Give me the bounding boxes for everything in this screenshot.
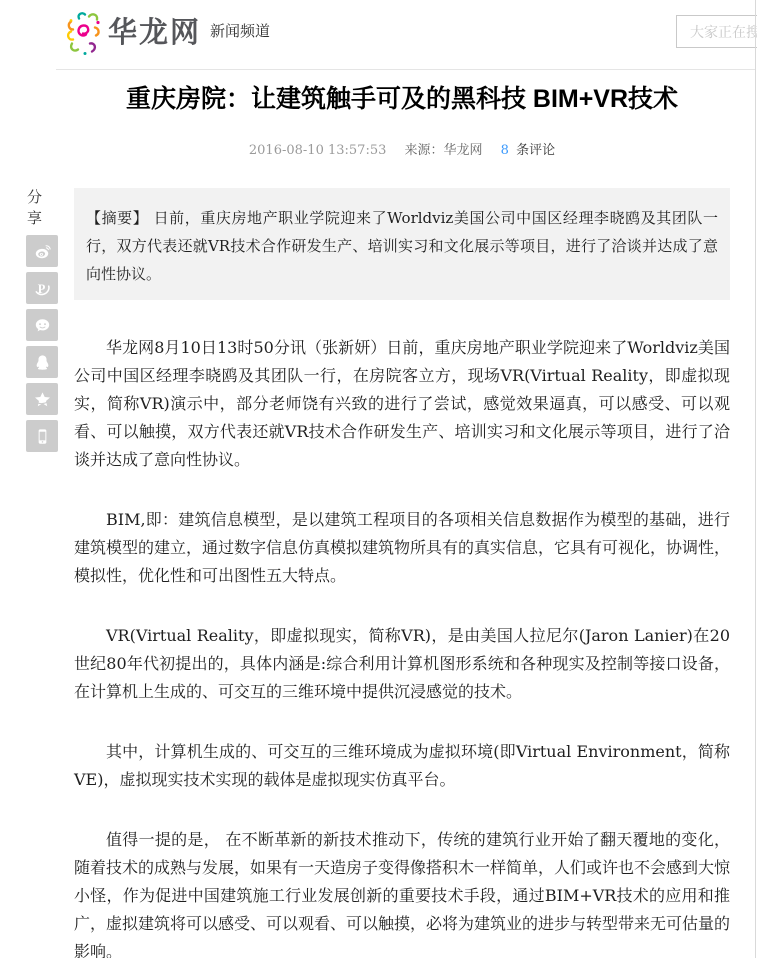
article-body: 华龙网8月10日13时50分讯（张新妍）日前，重庆房地产职业学院迎来了World… (74, 334, 730, 958)
site-logo[interactable]: 华龙网 (65, 9, 201, 58)
article-paragraph-4: 其中，计算机生成的、可交互的三维环境成为虚拟环境(即Virtual Enviro… (74, 738, 730, 794)
qzone-share-button[interactable] (26, 383, 58, 415)
share-sidebar: 分享 P (26, 186, 60, 457)
channel-label[interactable]: 新闻频道 (210, 20, 270, 41)
article-paragraph-5: 值得一提的是， 在不断革新的新技术推动下，传统的建筑行业开始了翻天覆地的变化，随… (74, 826, 730, 958)
wechat-share-button[interactable] (26, 309, 58, 341)
article-paragraph-1: 华龙网8月10日13时50分讯（张新妍）日前，重庆房地产职业学院迎来了World… (74, 334, 730, 474)
dragon-logo-icon (65, 9, 105, 58)
article-paragraph-3: VR(Virtual Reality，即虚拟现实，简称VR)，是由美国人拉尼尔(… (74, 622, 730, 706)
share-label: 分享 (27, 186, 60, 228)
page: 华龙网 新闻频道 分享 P (0, 0, 757, 958)
source-label: 来源：华龙网 (405, 143, 483, 158)
comment-count[interactable]: 8 (501, 143, 509, 158)
page-right-border (755, 0, 756, 958)
site-logo-text: 华龙网 (108, 9, 201, 58)
article-meta: 2016-08-10 13:57:53 来源：华龙网 8 条评论 (74, 139, 730, 158)
pengyou-icon: P (31, 277, 54, 300)
wechat-icon (31, 314, 54, 337)
comment-label[interactable]: 条评论 (516, 143, 555, 158)
article: 重庆房院：让建筑触手可及的黑科技 BIM+VR技术 2016-08-10 13:… (74, 70, 730, 958)
article-title: 重庆房院：让建筑触手可及的黑科技 BIM+VR技术 (74, 84, 730, 114)
qq-icon (31, 351, 54, 374)
site-header: 华龙网 新闻频道 (56, 0, 755, 70)
search-input[interactable] (676, 15, 757, 48)
weibo-icon (31, 240, 54, 263)
mobile-share-button[interactable] (26, 420, 58, 452)
article-summary: 【摘要】 日前，重庆房地产职业学院迎来了Worldviz美国公司中国区经理李晓鸥… (74, 188, 730, 300)
mobile-icon (31, 425, 54, 448)
article-paragraph-2: BIM,即：建筑信息模型，是以建筑工程项目的各项相关信息数据作为模型的基础，进行… (74, 506, 730, 590)
publish-datetime: 2016-08-10 13:57:53 (249, 143, 386, 158)
qq-share-button[interactable] (26, 346, 58, 378)
qzone-icon (31, 388, 54, 411)
svg-text:P: P (37, 281, 45, 295)
pengyou-share-button[interactable]: P (26, 272, 58, 304)
weibo-share-button[interactable] (26, 235, 58, 267)
